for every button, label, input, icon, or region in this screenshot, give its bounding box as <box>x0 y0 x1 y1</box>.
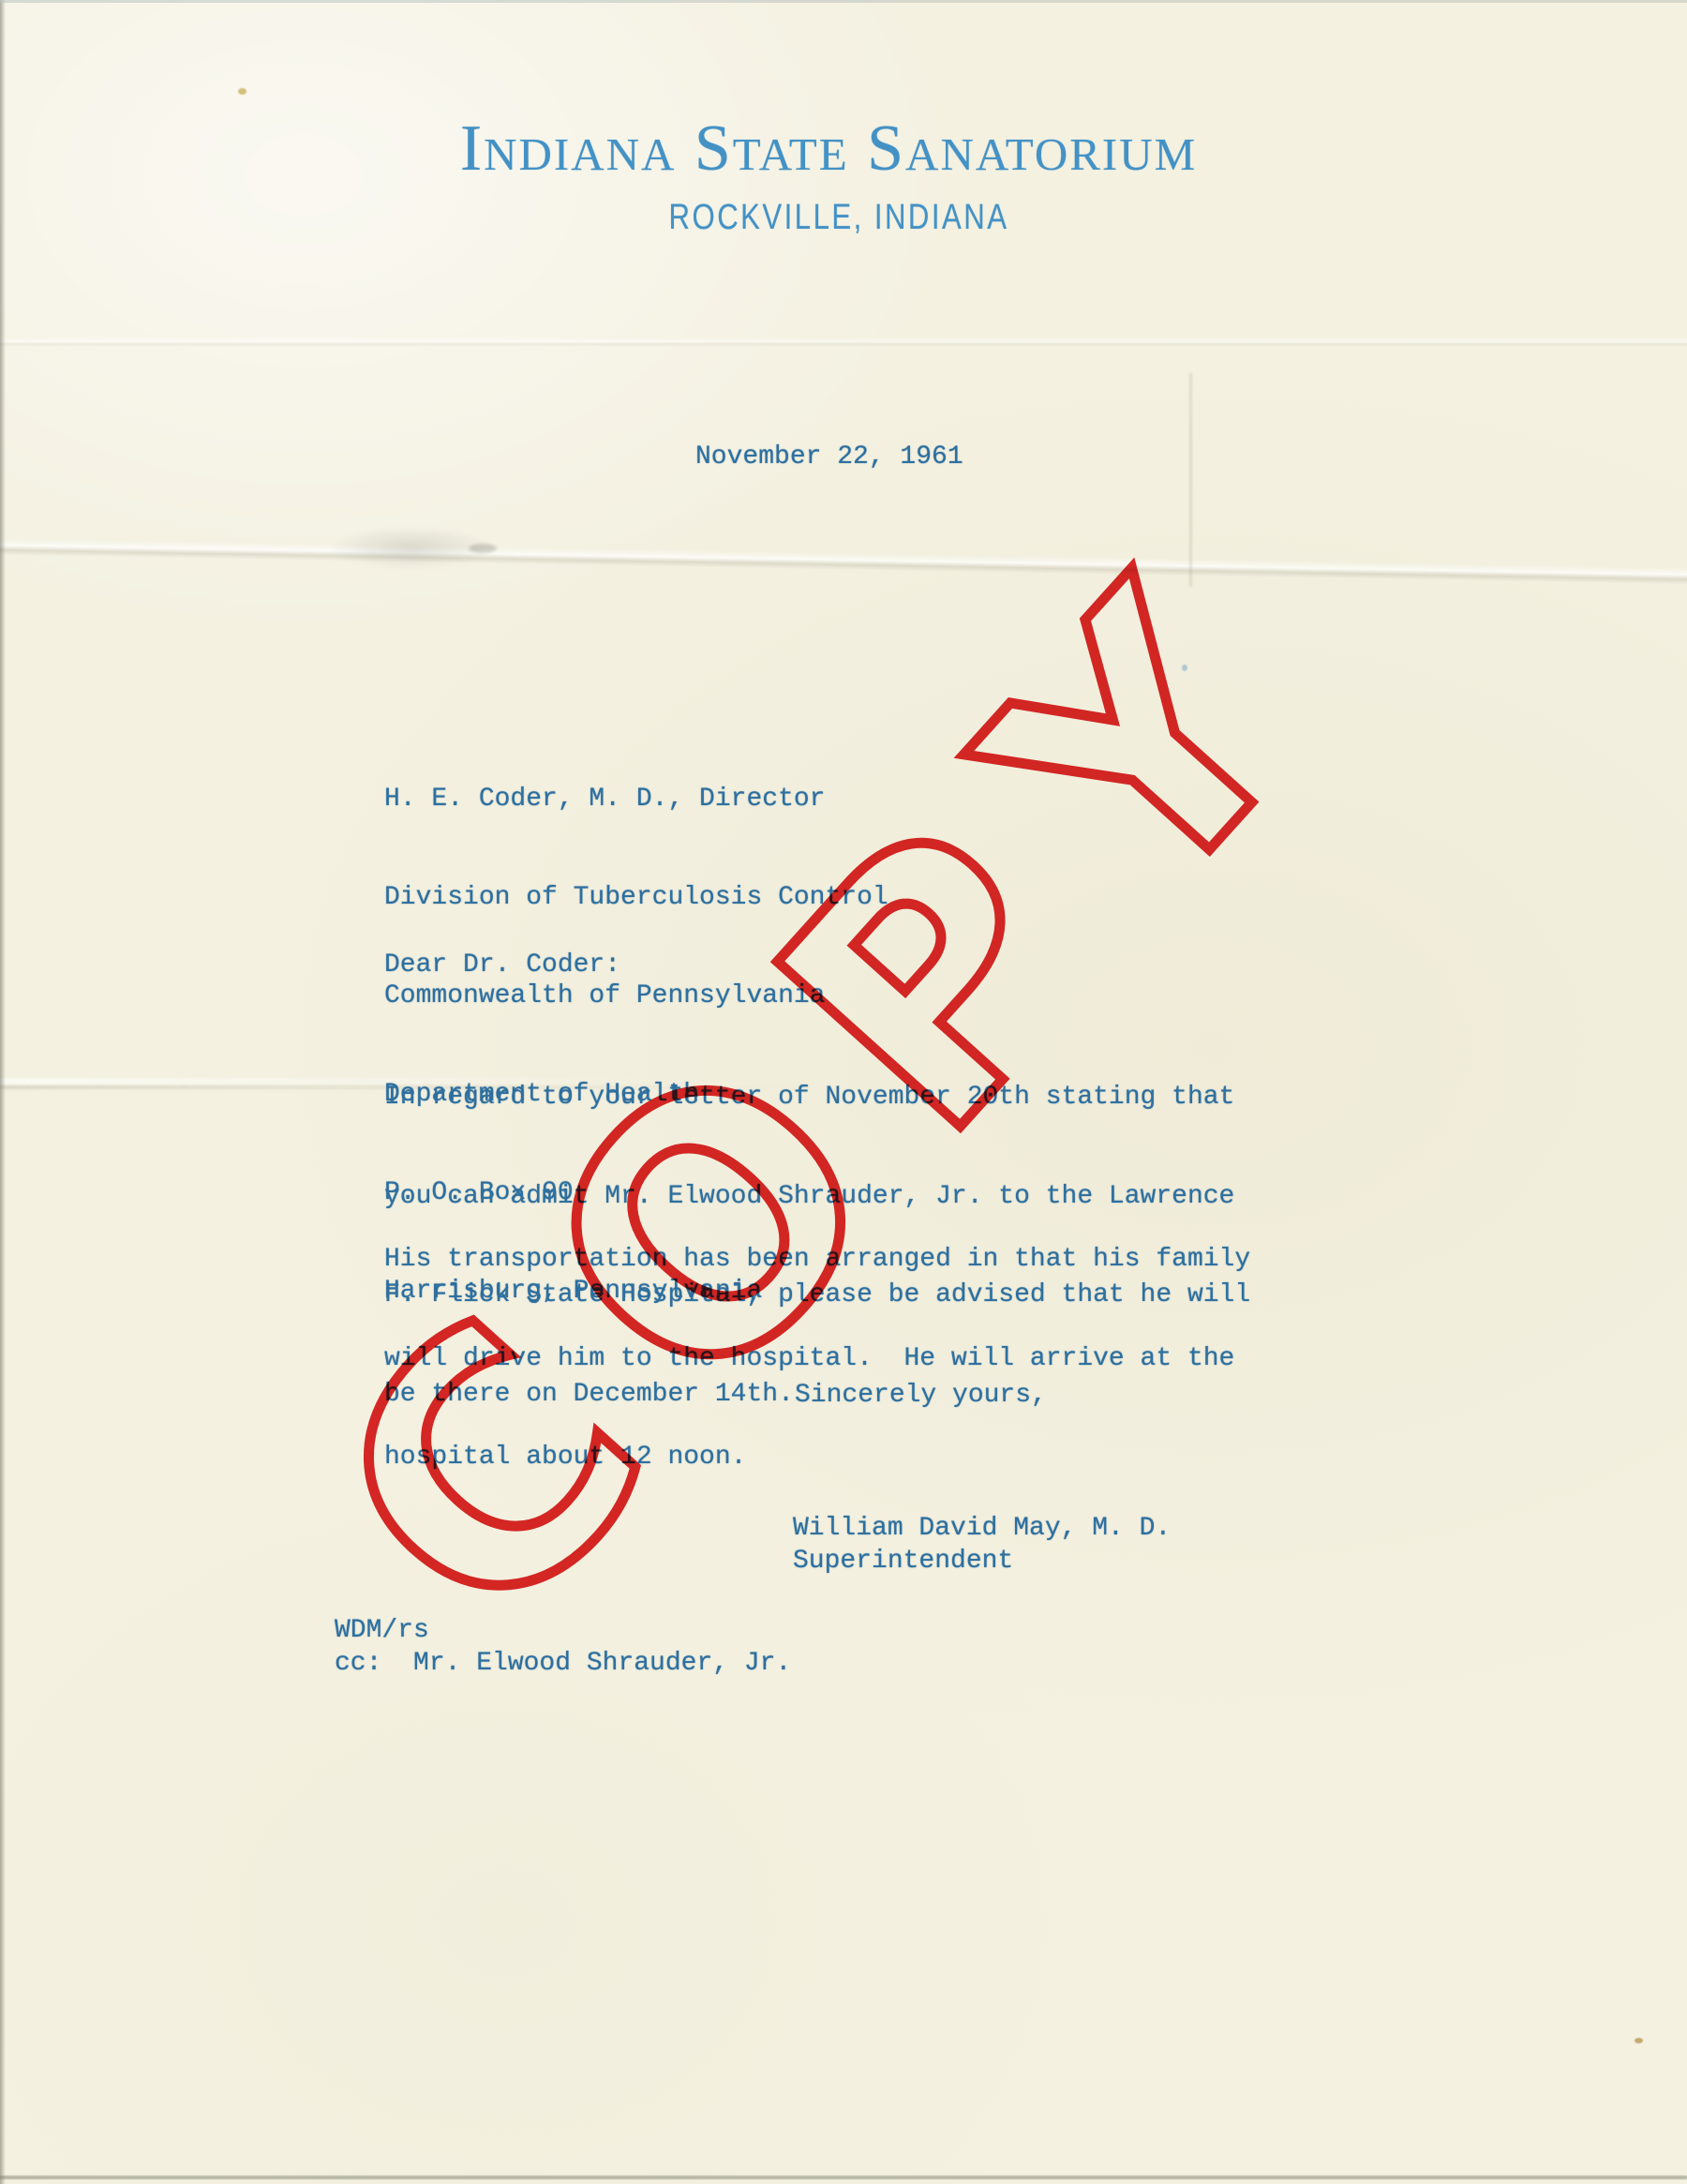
salutation: Dear Dr. Coder: <box>384 949 620 981</box>
signer-title: Superintendent <box>793 1545 1013 1578</box>
recipient-address-line: H. E. Coder, M. D., Director <box>384 783 888 815</box>
date-line: November 22, 1961 <box>695 441 963 473</box>
paper-speck <box>238 88 246 95</box>
scanned-letter-page: Indiana State Sanatorium ROCKVILLE, INDI… <box>0 0 1687 2184</box>
scan-edge-top <box>0 0 1687 3</box>
letterhead-subtitle: ROCKVILLE, INDIANA <box>151 199 1527 238</box>
scan-edge-bottom <box>0 2176 1687 2179</box>
paper-speck <box>1635 2038 1643 2043</box>
letterhead-title: Indiana State Sanatorium <box>0 112 1657 185</box>
signer-name: William David May, M. D. <box>793 1512 1171 1545</box>
fold-crease-upper <box>0 538 1687 585</box>
typist-initials: WDM/rs <box>335 1614 429 1647</box>
pencil-smudge-dash <box>469 544 497 553</box>
scan-edge-left <box>0 0 6 2184</box>
fold-crease-top <box>0 337 1687 347</box>
